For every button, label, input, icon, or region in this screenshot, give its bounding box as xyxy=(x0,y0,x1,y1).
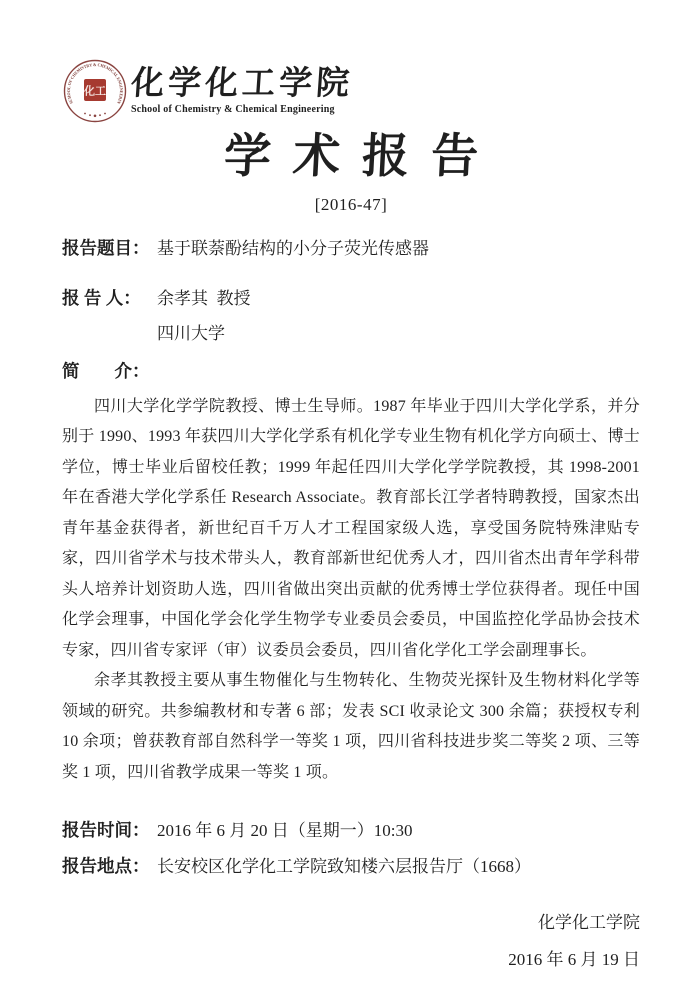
speaker-label: 报 告 人： xyxy=(62,286,157,310)
document-page: SCHOOL OF CHEMISTRY & CHEMICAL ENGINEERI… xyxy=(0,0,700,989)
venue-value: 长安校区化学化工学院致知楼六层报告厅（1668） xyxy=(157,855,531,879)
intro-paragraph-1: 四川大学化学学院教授、博士生导师。1987 年毕业于四川大学化学系，并分别于 1… xyxy=(62,392,640,667)
school-names: 化学化工学院 School of Chemistry & Chemical En… xyxy=(131,67,353,115)
intro-label-row: 简 介： xyxy=(62,359,640,383)
speaker-row: 报 告 人： 余孝其 教授 xyxy=(62,286,640,311)
time-row: 报告时间： 2016 年 6 月 20 日（星期一）10:30 xyxy=(62,818,640,843)
school-seal-icon: SCHOOL OF CHEMISTRY & CHEMICAL ENGINEERI… xyxy=(62,58,128,124)
intro-label: 简 介： xyxy=(62,359,157,383)
footer: 化学化工学院 2016 年 6 月 19 日 xyxy=(62,908,640,970)
report-number: [2016-47] xyxy=(62,195,640,215)
header: SCHOOL OF CHEMISTRY & CHEMICAL ENGINEERI… xyxy=(62,58,640,124)
footer-date: 2016 年 6 月 19 日 xyxy=(62,945,640,970)
topic-value: 基于联萘酚结构的小分子荧光传感器 xyxy=(157,237,429,261)
intro-paragraph-2: 余孝其教授主要从事生物催化与生物转化、生物荧光探针及生物材料化学等领域的研究。共… xyxy=(62,666,640,788)
venue-label: 报告地点： xyxy=(62,854,157,878)
footer-signature: 化学化工学院 xyxy=(62,908,640,933)
topic-row: 报告题目： 基于联萘酚结构的小分子荧光传感器 xyxy=(62,236,640,261)
time-value: 2016 年 6 月 20 日（星期一）10:30 xyxy=(157,819,412,843)
speaker-affiliation-row: 四川大学 xyxy=(62,322,640,346)
speaker-affiliation: 四川大学 xyxy=(157,322,225,346)
school-name-en: School of Chemistry & Chemical Engineeri… xyxy=(131,104,353,115)
title-block: 学术报告 xyxy=(62,132,640,184)
topic-label: 报告题目： xyxy=(62,236,157,260)
venue-row: 报告地点： 长安校区化学化工学院致知楼六层报告厅（1668） xyxy=(62,854,640,879)
seal-square-text: 化工 xyxy=(83,84,106,98)
school-name-cn: 化学化工学院 xyxy=(130,67,354,102)
document-title: 学术报告 xyxy=(201,132,502,184)
time-label: 报告时间： xyxy=(62,818,157,842)
speaker-name: 余孝其 教授 xyxy=(157,287,251,311)
